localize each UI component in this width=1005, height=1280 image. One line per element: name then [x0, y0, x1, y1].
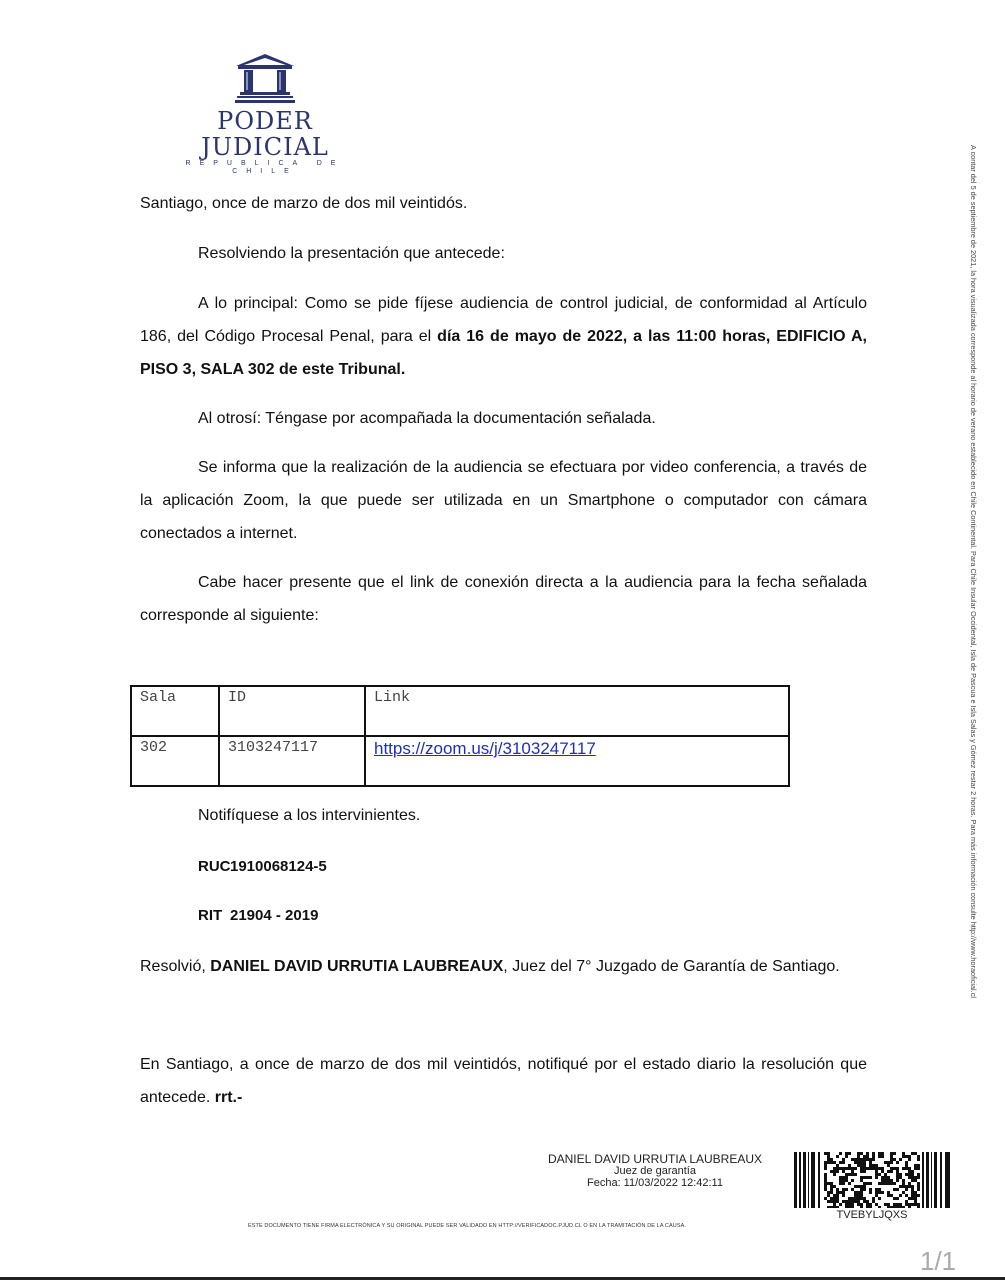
- pdf417-barcode-icon: [794, 1152, 950, 1208]
- ruc-line: RUC 1910068124-5: [198, 858, 231, 875]
- signer-name: DANIEL DAVID URRUTIA LAUBREAUX: [520, 1153, 790, 1165]
- side-time-disclaimer: A contar del 5 de septiembre de 2021, la…: [969, 145, 978, 998]
- signature-date: Fecha: 11/03/2022 12:42:11: [520, 1177, 790, 1189]
- zoom-link[interactable]: https://zoom.us/j/3103247117: [374, 739, 596, 758]
- page-indicator: 1/1: [920, 1246, 956, 1277]
- cell-sala: 302: [131, 736, 219, 786]
- verification-code: TVEBYLJQXS: [794, 1209, 950, 1221]
- cell-id: 3103247117: [219, 736, 365, 786]
- paragraph-videoconference: Se informa que la realización de la audi…: [140, 451, 867, 550]
- paragraph-resolviendo: Resolviendo la presentación que antecede…: [140, 237, 867, 270]
- header-sala: Sala: [131, 686, 219, 736]
- logo-title: PODER JUDICIAL: [150, 108, 380, 160]
- initials: rrt.-: [215, 1089, 243, 1106]
- courthouse-icon: [234, 52, 296, 104]
- paragraph-link-info: Cabe hacer presente que el link de conex…: [140, 566, 867, 632]
- poder-judicial-logo: PODER JUDICIAL REPUBLICA DE CHILE: [150, 52, 380, 176]
- judge-name: DANIEL DAVID URRUTIA LAUBREAUX: [210, 958, 503, 975]
- table-header-row: Sala ID Link: [131, 686, 789, 736]
- header-link: Link: [365, 686, 789, 736]
- ruc-value: 1910068124-5: [230, 858, 327, 875]
- cell-link: https://zoom.us/j/3103247117: [365, 736, 789, 786]
- rit-value: 21904 - 2019: [230, 907, 318, 924]
- footer-validation-note: ESTE DOCUMENTO TIENE FIRMA ELECTRÓNICA Y…: [248, 1223, 686, 1229]
- date-line: Santiago, once de marzo de dos mil veint…: [140, 187, 867, 220]
- ruc-label: RUC: [198, 858, 231, 875]
- resolvio-line: Resolvió, DANIEL DAVID URRUTIA LAUBREAUX…: [140, 950, 867, 983]
- paragraph-otrosi: Al otrosí: Téngase por acompañada la doc…: [140, 402, 867, 435]
- notifiquese: Notifíquese a los intervinientes.: [198, 799, 798, 832]
- logo-subtitle: REPUBLICA DE CHILE: [150, 160, 380, 176]
- signer-role: Juez de garantía: [520, 1165, 790, 1177]
- rit-label: RIT: [198, 907, 222, 924]
- electronic-signature: DANIEL DAVID URRUTIA LAUBREAUX Juez de g…: [520, 1153, 790, 1189]
- rit-line: RIT 21904 - 2019: [198, 907, 222, 924]
- header-id: ID: [219, 686, 365, 736]
- zoom-link-table: Sala ID Link 302 3103247117 https://zoom…: [130, 685, 790, 787]
- notification-paragraph: En Santiago, a once de marzo de dos mil …: [140, 1048, 867, 1114]
- paragraph-principal: A lo principal: Como se pide fíjese audi…: [140, 287, 867, 386]
- document-body: Santiago, once de marzo de dos mil veint…: [140, 187, 867, 632]
- table-row: 302 3103247117 https://zoom.us/j/3103247…: [131, 736, 789, 786]
